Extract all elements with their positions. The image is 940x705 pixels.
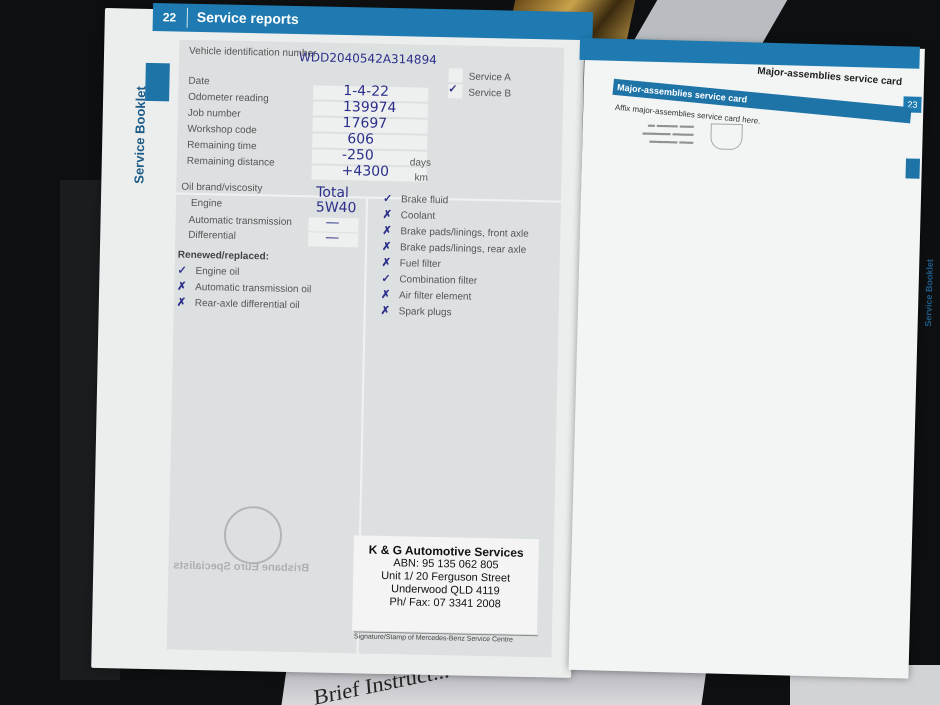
workshop-label: Workshop code [187, 124, 257, 136]
rear-axle-oil-mark: ✗ [177, 296, 186, 309]
date-value: 1-4-22 [343, 83, 389, 100]
check-mark-combination-filter: ✓ [381, 272, 390, 285]
job-label: Job number [188, 108, 241, 120]
stamp-seal-icon [223, 506, 282, 565]
stamp-phone: Ph/ Fax: 07 3341 2008 [352, 595, 537, 612]
remaining-distance-label: Remaining distance [187, 156, 275, 169]
side-tab-marker [145, 63, 170, 101]
check-mark-fuel-filter: ✗ [382, 256, 391, 269]
workshop-stamp: K & G Automotive Services ABN: 95 135 06… [352, 535, 539, 634]
engine-oil-mark: ✓ [177, 264, 186, 277]
faded-stamp-text: Brisbane Euro Specialists [173, 560, 309, 575]
check-mark-air-filter: ✗ [381, 288, 390, 301]
check-air-filter: Air filter element [399, 290, 471, 303]
vin-value: WDD2040542A314894 [299, 50, 437, 67]
right-side-tab-marker [905, 158, 920, 178]
engine-oil-label: Engine oil [195, 266, 239, 278]
header-divider [187, 8, 188, 28]
faded-stamp: Brisbane Euro Specialists [172, 505, 344, 619]
workshop-value: 606 [347, 131, 374, 148]
service-a-label: Service A [469, 72, 511, 84]
faded-stamp-right: ▬▬ ▬▬▬ ▬▬▬▬ ▬▬▬▬▬▬ ▬▬▬▬ [642, 122, 694, 147]
check-coolant: Coolant [401, 210, 436, 222]
check-brake-fluid: Brake fluid [401, 194, 448, 206]
right-page-header-band [579, 38, 919, 69]
check-mark-brake-fluid: ✓ [383, 192, 392, 205]
right-page: Major-assemblies service card 23 Major-a… [569, 40, 925, 679]
odometer-label: Odometer reading [188, 92, 269, 105]
service-a-checkbox[interactable] [449, 68, 463, 82]
oil-engine-value: 5W40 [316, 199, 357, 216]
oil-heading: Oil brand/viscosity [181, 182, 262, 195]
check-combination-filter: Combination filter [399, 274, 477, 287]
check-spark-plugs: Spark plugs [399, 306, 452, 318]
page-number: 22 [163, 10, 177, 24]
remaining-distance-unit: km [414, 173, 428, 184]
check-mark-spark-plugs: ✗ [381, 304, 390, 317]
right-side-label: Service Booklet [924, 259, 936, 327]
service-b-label: Service B [468, 88, 511, 100]
job-value: 17697 [342, 115, 387, 132]
oil-engine-label: Engine [191, 198, 222, 210]
stamp-badge-icon [710, 123, 743, 150]
check-mark-brake-rear: ✗ [382, 240, 391, 253]
remaining-distance-value: +4300 [341, 163, 389, 180]
service-b-checkbox[interactable]: ✓ [448, 84, 462, 98]
check-mark-coolant: ✗ [383, 208, 392, 221]
check-fuel-filter: Fuel filter [400, 258, 441, 270]
oil-diff-value: — [325, 230, 339, 246]
auto-trans-oil-mark: ✗ [177, 280, 186, 293]
renewed-heading: Renewed/replaced: [178, 250, 269, 263]
check-mark-brake-front: ✗ [382, 224, 391, 237]
oil-auto-trans-label: Automatic transmission [188, 215, 292, 228]
oil-diff-label: Differential [188, 230, 236, 242]
odometer-value: 139974 [343, 99, 397, 116]
side-label: Service Booklet [131, 86, 148, 184]
page-title: Service reports [197, 9, 299, 27]
service-b-check-icon: ✓ [448, 82, 457, 95]
date-label: Date [188, 76, 209, 87]
section-title: Major-assemblies service card [612, 79, 911, 124]
oil-auto-trans-value: — [325, 215, 339, 231]
left-page: 22 Service reports Service Booklet Vehic… [91, 8, 585, 678]
remaining-time-label: Remaining time [187, 140, 257, 152]
rear-axle-oil-label: Rear-axle differential oil [195, 298, 300, 311]
right-page-title: Major-assemblies service card [757, 66, 903, 88]
remaining-time-value: -250 [342, 147, 374, 164]
